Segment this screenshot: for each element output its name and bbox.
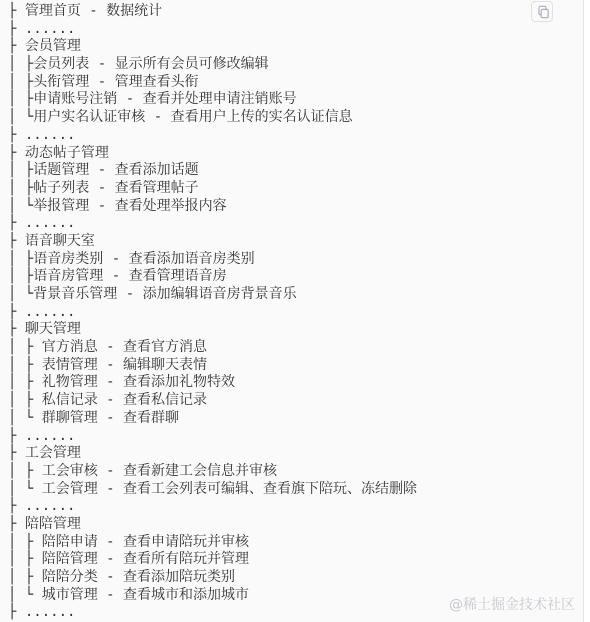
tree-line: │ ├ 礼物管理 - 查看添加礼物特效 xyxy=(8,374,583,392)
tree-line: │ ├ 私信记录 - 查看私信记录 xyxy=(8,392,583,410)
copy-icon xyxy=(535,5,549,19)
tree-line: │ ├话题管理 - 查看添加话题 xyxy=(8,162,583,180)
tree-line: │ └ 工会管理 - 查看工会列表可编辑、查看旗下陪玩、冻结删除 xyxy=(8,481,583,499)
tree-line: │ └举报管理 - 查看处理举报内容 xyxy=(8,198,583,216)
tree-line: │ └ 城市管理 - 查看城市和添加城市 xyxy=(8,587,583,605)
copy-button[interactable] xyxy=(531,1,553,22)
tree-listing: ├ 管理首页 - 数据统计 ├ ...... ├ 会员管理 │ ├会员列表 - … xyxy=(8,3,583,622)
tree-line: │ ├ 陪陪分类 - 查看添加陪玩类别 xyxy=(8,569,583,587)
tree-line: ├ 会员管理 xyxy=(8,38,583,56)
tree-line: │ ├帖子列表 - 查看管理帖子 xyxy=(8,180,583,198)
tree-line: │ ├会员列表 - 显示所有会员可修改编辑 xyxy=(8,56,583,74)
tree-line: │ └ 群聊管理 - 查看群聊 xyxy=(8,410,583,428)
tree-line: ├ 动态帖子管理 xyxy=(8,145,583,163)
tree-line: │ ├ 陪陪管理 - 查看所有陪玩并管理 xyxy=(8,551,583,569)
tree-line: ├ ...... xyxy=(8,498,583,516)
tree-line: │ └背景音乐管理 - 添加编辑语音房背景音乐 xyxy=(8,286,583,304)
code-block: ├ 管理首页 - 数据统计 ├ ...... ├ 会员管理 │ ├会员列表 - … xyxy=(0,0,584,622)
tree-line: │ ├语音房类别 - 查看添加语音房类别 xyxy=(8,251,583,269)
tree-line: ├ ...... xyxy=(8,21,583,39)
tree-line: ├ ...... xyxy=(8,215,583,233)
tree-line: ├ ...... xyxy=(8,428,583,446)
tree-line: ├ ...... xyxy=(8,304,583,322)
tree-line: │ ├ 表情管理 - 编辑聊天表情 xyxy=(8,357,583,375)
tree-line: ├ 聊天管理 xyxy=(8,321,583,339)
tree-line: ├ ...... xyxy=(8,127,583,145)
tree-line: │ ├申请账号注销 - 查看并处理申请注销账号 xyxy=(8,91,583,109)
tree-line: │ └用户实名认证审核 - 查看用户上传的实名认证信息 xyxy=(8,109,583,127)
tree-line: │ ├ 官方消息 - 查看官方消息 xyxy=(8,339,583,357)
tree-line: ├ 管理首页 - 数据统计 xyxy=(8,3,583,21)
tree-line: ├ ...... xyxy=(8,604,583,622)
tree-line: ├ 语音聊天室 xyxy=(8,233,583,251)
tree-line: │ ├头衔管理 - 管理查看头衔 xyxy=(8,74,583,92)
tree-line: │ ├语音房管理 - 查看管理语音房 xyxy=(8,268,583,286)
tree-line: ├ 工会管理 xyxy=(8,445,583,463)
tree-line: │ ├ 陪陪申请 - 查看申请陪玩并审核 xyxy=(8,534,583,552)
tree-line: ├ 陪陪管理 xyxy=(8,516,583,534)
tree-line: │ ├ 工会审核 - 查看新建工会信息并审核 xyxy=(8,463,583,481)
